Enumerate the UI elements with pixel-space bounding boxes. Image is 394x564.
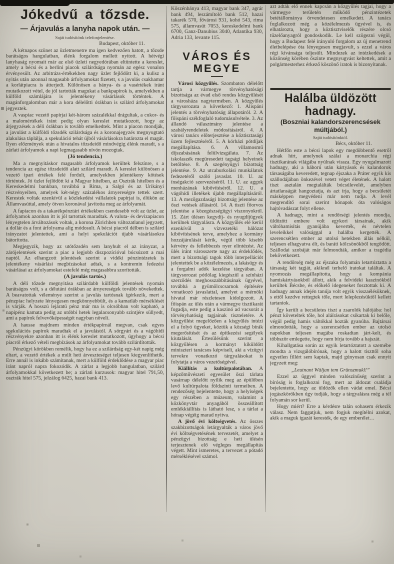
article-paragraph: A hadnagy, mint a rendőrségi jelentés mo… [270,213,391,259]
article-subheadline-tozsde: — Árjavulás a lanyha napok után. — [6,24,164,33]
article-headline-tozsde: Jókedvű a tőzsde. [6,8,164,22]
article-body-tozsde: Saját tudósítónk telefonjelentése. Budap… [6,35,164,517]
news-item-text: Az összes szakbizottságok letárgyalták a… [171,419,263,459]
article-paragraph: Megjegyzik, hogy az utótőzsdén sem lanyh… [6,244,164,273]
column-rule-left [166,6,167,512]
news-item: Kiállítás a kultúrpalotában. A képzőművé… [171,366,263,418]
scan-top-edge-blob [0,0,70,6]
column-rule-right [265,5,266,512]
article-paragraph: Ma a megnyitáskor magasabb árfolyamok ke… [6,161,164,207]
news-item-lead: A jövő évi költségvetés. [178,419,237,425]
article-paragraph: Kihallgatása során az egyik letartóztato… [270,343,391,366]
article-subheadline-hadnagy: (Boszniai kalandorszerencsések múltjából… [270,119,391,135]
article-paragraph: A fapiacon és a takarékpénztári értékekb… [6,208,164,243]
article-headline-hadnagy: Halálba üldözött hadnagy. [270,93,391,118]
crosshead-javulas-tartos: (A javulás tartós.) [6,274,164,280]
dateline-becs: Bécs, október 11. [270,141,391,147]
market-quotes-text: Kőszénbánya 413, magyar bank 347, agrár … [171,6,263,41]
section-body-varos-es-megye: Városi közgyűlés. Szombaton délelőtt tar… [171,81,263,529]
crosshead-jo-tendencia: (Jó tendencia.) [6,154,164,160]
article-paragraph: A kétnapos szünet az üzletmenetre ma ige… [6,48,164,112]
article-paragraph: A rendőrség még az éjszaka folyamán leta… [270,260,391,306]
article-paragraph: Ezzel az üggyel minden valószínűség szer… [270,374,391,403]
news-item-lead: Városi közgyűlés. [178,81,219,87]
column-city-county: Kőszénbánya 413, magyar bank 347, agrár … [171,6,263,529]
news-item: A jövő évi költségvetés. Az összes szakb… [171,419,263,460]
column-hadnagy-article: azt adták elő ennek kapcsán a közgyűlés … [270,4,391,533]
article-separator-rule [270,88,391,90]
news-item-text: Szombaton délelőtt tartja a vármegye tör… [171,81,263,365]
news-item: Városi közgyűlés. Szombaton délelőtt tar… [171,81,263,365]
byline: Saját tudósítónk telefonjelentése. [6,35,164,40]
article-paragraph: A vaspiac vezető papírjai két-három száz… [6,113,164,154]
quoted-exclamation: „Leutnant Wäljan tem Grünszmukl!” [270,367,391,373]
news-item-text: A képzőművészeti egyesület őszi tárlata … [171,366,263,418]
news-item-lead: Kiállítás a kultúrpalotában. [178,366,252,372]
column-stock-article: Jókedvű a tőzsde. — Árjavulás a lanyha n… [6,8,164,517]
article-paragraph: Hogy miért? Erre a kérdésre talán sohase… [270,404,391,421]
article-paragraph: Így került a becsületes tiszt a zsarolók… [270,307,391,342]
section-ornament-dash [211,76,223,77]
article-paragraph: A hausse majdnem minden értékpapírnál me… [6,322,164,345]
continuation-text-block: azt adták elő ennek kapcsán a közgyűlés … [270,4,391,84]
continuation-paragraph: azt adták elő ennek kapcsán a közgyűlés … [270,4,391,68]
article-paragraph: A déli tőzsde megnyitása szilárdabb külf… [6,281,164,322]
dateline-budapest: Budapest, október 11. [6,41,164,47]
section-header-varos-es-megye: VÁROS ÉS MEGYE [171,51,263,75]
article-paragraph: Hétfőn este a bécsi lapok egy megdöbbent… [270,148,391,212]
byline: Saját tudósítónktól. [270,135,391,140]
paper-specks [0,0,1,1]
newspaper-page-scan: Jókedvű a tőzsde. — Árjavulás a lanyha n… [0,0,394,564]
market-quotes-continuation: Kőszénbánya 413, magyar bank 347, agrár … [171,6,263,46]
article-paragraph: Pénzügyi körökben remélik, hogy ha ez a … [6,347,164,382]
article-body-hadnagy: Saját tudósítónktól. Bécs, október 11. H… [270,135,391,533]
